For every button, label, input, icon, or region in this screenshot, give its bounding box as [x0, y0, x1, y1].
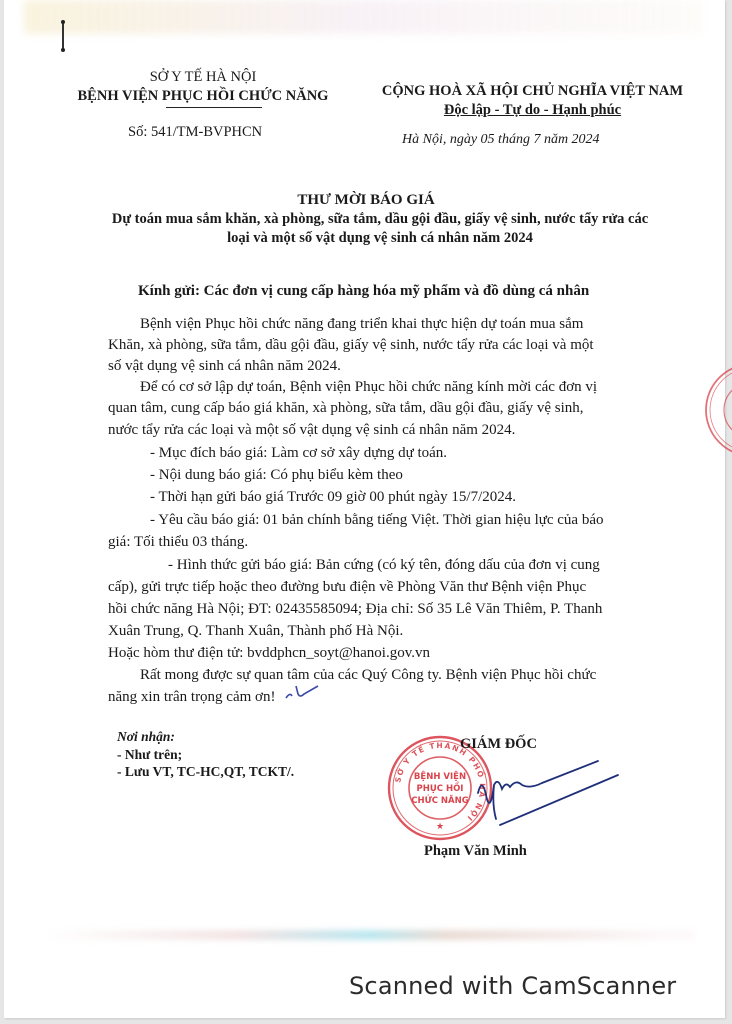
national-motto: Độc lập - Tự do - Hạnh phúc [444, 102, 621, 118]
partial-seal-edge [700, 360, 732, 460]
org-parent: SỞ Y TẾ HÀ NỘI [68, 68, 338, 87]
camscanner-watermark: Scanned with CamScanner [349, 972, 676, 1000]
document-date: Hà Nội, ngày 05 tháng 7 năm 2024 [402, 132, 600, 148]
body-line: Bệnh viện Phục hồi chức năng đang triển … [140, 314, 583, 335]
content-item: - Nội dung báo giá: Có phụ biểu kèm theo [150, 465, 403, 486]
signer-position: GIÁM ĐỐC [460, 736, 537, 753]
email-line: Hoặc hòm thư điện tử: bvddphcn_soyt@hano… [108, 643, 430, 664]
handwritten-signature [470, 755, 620, 835]
svg-text:BỆNH VIỆN: BỆNH VIỆN [414, 771, 466, 782]
document-number: Số: 541/TM-BVPHCN [128, 124, 262, 141]
initial-mark [282, 680, 322, 704]
submission-item-cont: Xuân Trung, Q. Thanh Xuân, Thành phố Hà … [108, 621, 403, 642]
document-subtitle: Dự toán mua sắm khăn, xà phòng, sữa tắm,… [100, 210, 660, 248]
deadline-item: - Thời hạn gửi báo giá Trước 09 giờ 00 p… [150, 487, 516, 508]
closing-line: Rất mong được sự quan tâm của các Quý Cô… [140, 665, 596, 686]
scan-glare-bottom [44, 930, 694, 940]
requirement-item: - Yêu cầu báo giá: 01 bản chính bằng tiế… [150, 510, 604, 531]
submission-item: - Hình thức gửi báo giá: Bản cứng (có ký… [168, 555, 600, 576]
body-line: Khăn, xà phòng, sữa tắm, dầu gội đầu, gi… [108, 335, 594, 356]
submission-item-cont: cấp), gửi trực tiếp hoặc theo đường bưu … [108, 577, 586, 598]
closing-line: năng xin trân trọng cảm ơn! [108, 687, 275, 708]
svg-text:CHỨC NĂNG: CHỨC NĂNG [411, 794, 468, 806]
purpose-item: - Mục đích báo giá: Làm cơ sở xây dựng d… [150, 443, 447, 464]
country-name: CỘNG HOÀ XÃ HỘI CHỦ NGHĨA VIỆT NAM [340, 82, 725, 101]
recipient-item: - Lưu VT, TC-HC,QT, TCKT/. [117, 764, 294, 780]
margin-mark [62, 22, 64, 50]
body-line: nước tẩy rửa các loại và một số vật dụng… [108, 420, 515, 441]
addressee-line: Kính gửi: Các đơn vị cung cấp hàng hóa m… [138, 283, 589, 300]
submission-item-cont: hồi chức năng Hà Nội; ĐT: 02435585094; Đ… [108, 599, 602, 620]
scanned-page [4, 0, 725, 1018]
body-line: quan tâm, cung cấp báo giá khăn, xà phòn… [108, 398, 584, 419]
body-line: Để có cơ sở lập dự toán, Bệnh viện Phục … [140, 377, 597, 398]
org-underline [166, 107, 262, 108]
recipient-item: - Như trên; [117, 747, 182, 763]
requirement-item-cont: giá: Tối thiểu 03 tháng. [108, 532, 248, 553]
issuing-org-block: SỞ Y TẾ HÀ NỘI BỆNH VIỆN PHỤC HỒI CHỨC N… [68, 68, 338, 106]
national-header: CỘNG HOÀ XÃ HỘI CHỦ NGHĨA VIỆT NAM Độc l… [340, 82, 725, 120]
signer-name: Phạm Văn Minh [424, 843, 527, 860]
svg-text:★: ★ [436, 821, 444, 831]
svg-text:PHỤC HỒI: PHỤC HỒI [417, 781, 464, 794]
scan-glare-top [24, 0, 704, 34]
body-line: số vật dụng vệ sinh cá nhân năm 2024. [108, 356, 341, 377]
org-name: BỆNH VIỆN PHỤC HỒI CHỨC NĂNG [68, 87, 338, 106]
recipients-title: Nơi nhận: [117, 729, 175, 745]
document-title: THƯ MỜI BÁO GIÁ [0, 192, 732, 209]
